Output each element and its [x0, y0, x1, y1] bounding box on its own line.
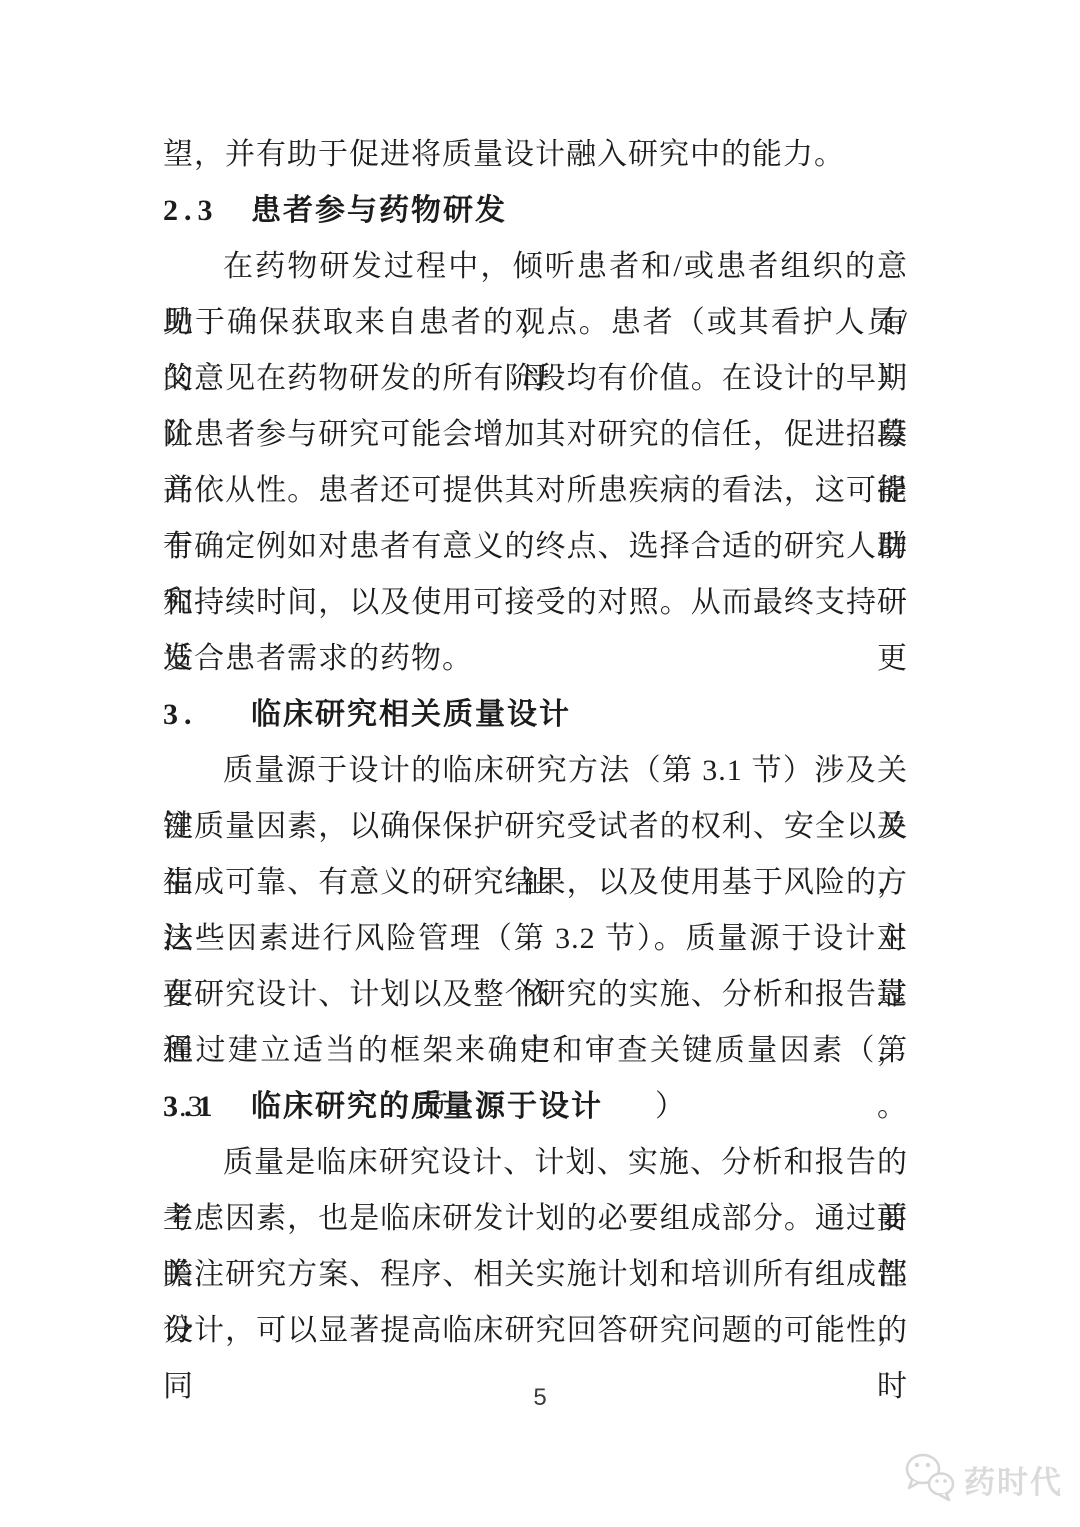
text-line: 键质量因素，以确保保护研究受试者的权利、安全以及福祉，	[163, 799, 908, 855]
text-line: 让患者参与研究可能会增加其对研究的信任，促进招募并提	[163, 407, 908, 463]
text-line: 通过建立适当的框架来确定和审查关键质量因素（第 3.3 节）。	[163, 1023, 908, 1079]
text-line: 的意见在药物研发的所有阶段均有价值。在设计的早期阶段	[163, 351, 908, 407]
text-line: 生成可靠、有意义的研究结果，以及使用基于风险的方法对	[163, 855, 908, 911]
text-line: 在药物研发过程中，倾听患者和/或患者组织的意见，有	[163, 239, 908, 295]
heading-number: 3.1	[163, 1079, 251, 1135]
heading-title: 临床研究的质量源于设计	[251, 1090, 603, 1123]
text-line: 于确定例如对患者有意义的终点、选择合适的研究人群和研	[163, 519, 908, 575]
heading-title: 临床研究相关质量设计	[251, 698, 571, 731]
heading-number: 2.3	[163, 183, 251, 239]
text-line: 关注研究方案、程序、相关实施计划和培训所有组成部分的	[163, 1247, 908, 1303]
page-number: 5	[0, 1384, 1080, 1412]
section-heading: 3.临床研究相关质量设计	[163, 687, 908, 743]
text-line: 设计，可以显著提高临床研究回答研究问题的可能性，同时	[163, 1303, 908, 1359]
text-line: 望，并有助于促进将质量设计融入研究中的能力。	[163, 127, 908, 183]
text-line: 助于确保获取来自患者的观点。患者（或其看护人员/父母）	[163, 295, 908, 351]
text-line: 考虑因素，也是临床研发计划的必要组成部分。通过前瞻性	[163, 1191, 908, 1247]
text-line: 质量源于设计的临床研究方法（第 3.1 节）涉及关注关	[163, 743, 908, 799]
heading-number: 3.	[163, 687, 251, 743]
document-page: 望，并有助于促进将质量设计融入研究中的能力。2.3患者参与药物研发在药物研发过程…	[0, 0, 1080, 1527]
text-line: 这些因素进行风险管理（第 3.2 节）。质量源于设计主要依靠	[163, 911, 908, 967]
text-line: 究持续时间，以及使用可接受的对照。从而最终支持研发更	[163, 575, 908, 631]
document-body: 望，并有助于促进将质量设计融入研究中的能力。2.3患者参与药物研发在药物研发过程…	[163, 127, 908, 1359]
wechat-icon	[902, 1452, 958, 1507]
watermark: 药时代	[902, 1452, 1063, 1507]
heading-title: 患者参与药物研发	[251, 194, 507, 227]
text-line: 质量是临床研究设计、计划、实施、分析和报告的主要	[163, 1135, 908, 1191]
watermark-label: 药时代	[964, 1457, 1063, 1502]
text-line: 高依从性。患者还可提供其对所患疾病的看法，这可能有助	[163, 463, 908, 519]
section-heading: 2.3患者参与药物研发	[163, 183, 908, 239]
text-line: 在研究设计、计划以及整个研究的实施、分析和报告过程中，	[163, 967, 908, 1023]
